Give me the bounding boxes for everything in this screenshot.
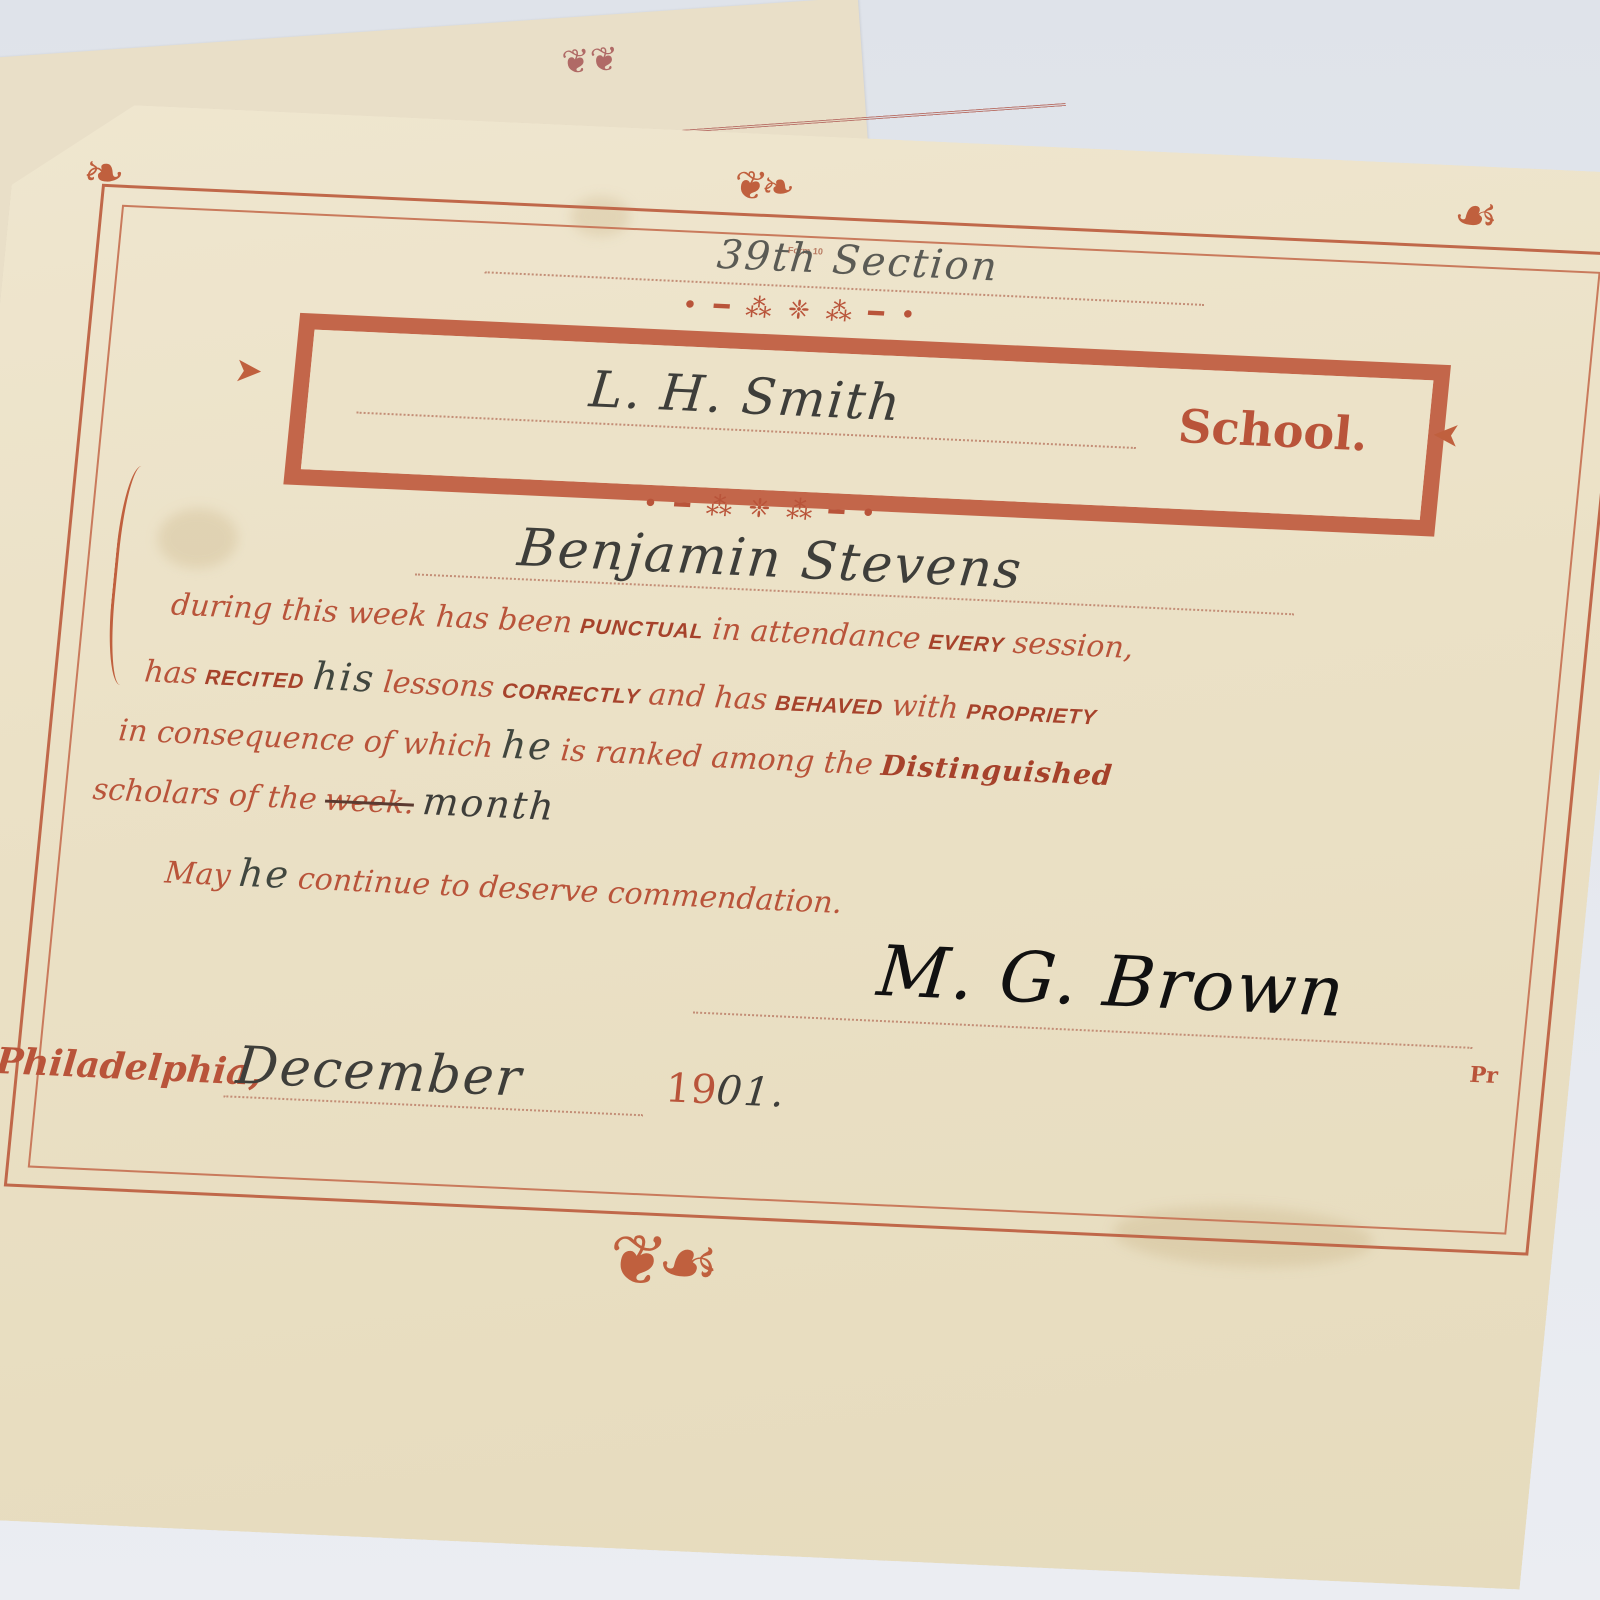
body-text: May [163,855,232,893]
period-handwritten: month [420,779,557,829]
emphasis-recited: RECITED [204,666,305,693]
struck-word: week. [323,783,415,822]
emphasis-propriety: PROPRIETY [965,701,1097,730]
principal-title: Pr [1468,1062,1499,1089]
certificate-sheet: ❧ ❦❧ ☙ Form 10 39th Section • ━ ⁂ ❈ ⁂ ━ … [0,100,1600,1590]
pronoun-handwritten: he [237,851,292,897]
wing-ornament-bottom: ❦☙ [605,1218,714,1304]
body-text: and has [647,677,769,717]
emphasis-behaved: BEHAVED [774,692,884,720]
school-label: School. [1176,399,1371,461]
year-printed: 19 [663,1065,718,1113]
body-text: lessons [382,665,496,705]
emphasis-correctly: CORRECTLY [501,680,641,709]
body-text: with [890,688,960,726]
date-year: 1901. [663,1065,788,1116]
body-text: session, [1011,626,1135,666]
leaf-sprig-ornament: ❦❦ [560,39,620,83]
wing-ornament-top: ❦❧ [732,163,791,211]
leaf-sprig-ornament-top-right: ☙ [1451,185,1501,245]
pronoun-handwritten: he [500,723,555,769]
arrow-right-ornament: ➤ [1430,414,1462,455]
body-text: has [143,654,199,691]
emphasis-punctual: PUNCTUAL [579,615,705,644]
pronoun-handwritten: his [311,654,377,701]
emphasis-every: EVERY [928,631,1006,657]
arrow-left-ornament: ➤ [232,350,264,391]
year-handwritten: 01. [714,1068,788,1117]
